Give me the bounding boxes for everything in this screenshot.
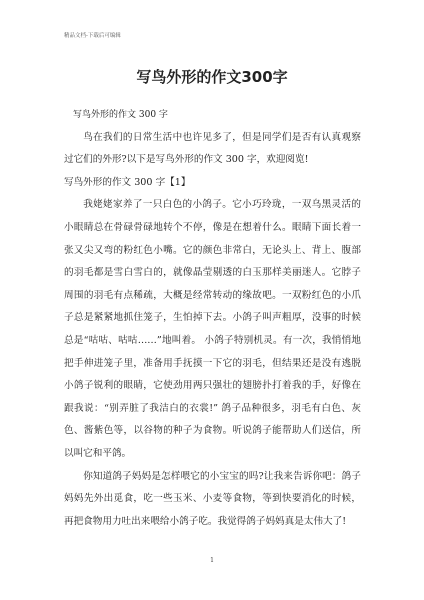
subtitle: 写鸟外形的作文 300 字 xyxy=(64,104,361,127)
document-title: 写鸟外形的作文300字 xyxy=(0,66,424,87)
document-header-note: 精品文档-下载后可编辑 xyxy=(64,31,121,39)
paragraph-1: 我姥姥家养了一只白色的小鸽子。它小巧玲珑，一双乌黑灵活的小眼睛总在骨碌骨碌地转个… xyxy=(64,194,361,465)
section-heading: 写鸟外形的作文 300 字【1】 xyxy=(64,172,361,195)
page-number: 1 xyxy=(0,557,424,564)
paragraph-2: 你知道鸽子妈妈是怎样喂它的小宝宝的吗?让我来告诉你吧：鸽子妈妈先外出觅食，吃一些… xyxy=(64,466,361,534)
document-body: 写鸟外形的作文 300 字 鸟在我们的日常生活中也许见多了，但是同学们是否有认真… xyxy=(64,104,361,533)
intro-paragraph: 鸟在我们的日常生活中也许见多了，但是同学们是否有认真观察过它们的外形?以下是写鸟… xyxy=(64,127,361,172)
